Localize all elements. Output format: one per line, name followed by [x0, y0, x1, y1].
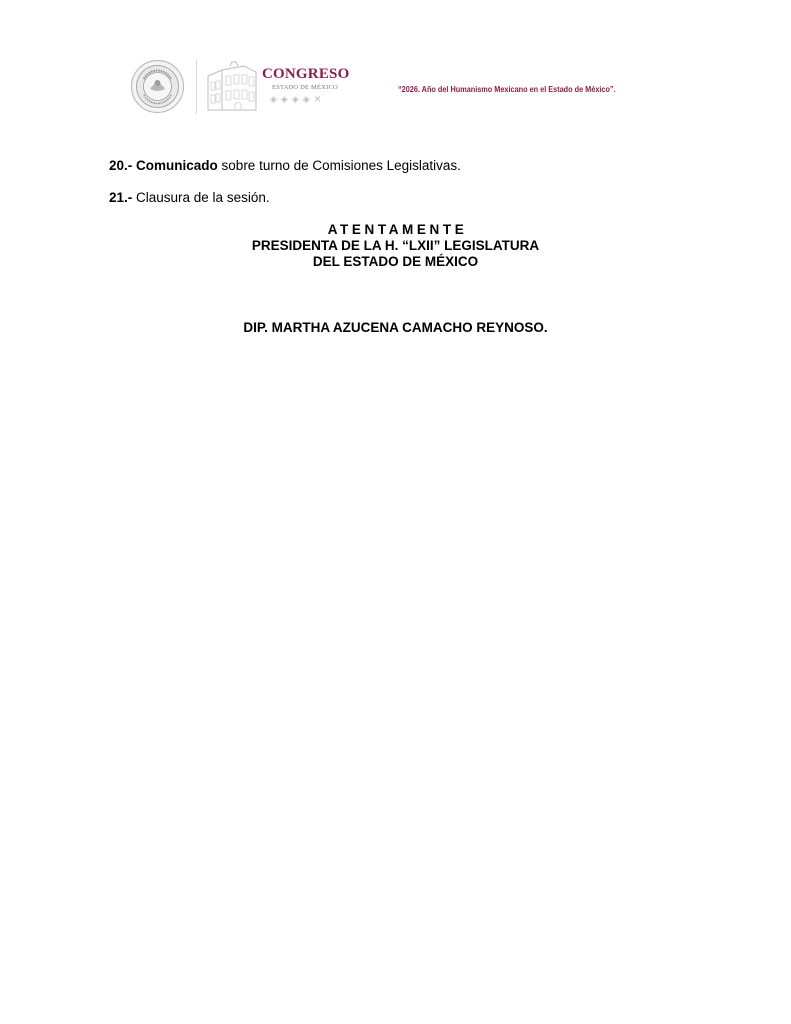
agenda-item-21: 21.- Clausura de la sesión. [109, 190, 270, 205]
signature-role-line-1: PRESIDENTA DE LA H. “LXII” LEGISLATURA [0, 238, 791, 253]
signatory-name: DIP. MARTHA AZUCENA CAMACHO REYNOSO. [0, 320, 791, 335]
document-header: CONGRESO ESTADO DE MÉXICO ◈ ◈ ◈ ◈ ✕ “202… [0, 0, 791, 130]
diamond-glyph-icon: ◈ [303, 94, 310, 104]
institution-name: CONGRESO [262, 66, 349, 83]
diamond-glyph-icon: ◈ [292, 94, 299, 104]
state-seal-icon [130, 59, 185, 114]
agenda-item-number: 20.- [109, 158, 132, 173]
decorative-glyphs: ◈ ◈ ◈ ◈ ✕ [270, 94, 321, 104]
agenda-item-number: 21.- [109, 190, 132, 205]
header-divider [196, 60, 197, 114]
signature-closing: ATENTAMENTE [0, 222, 791, 237]
cross-glyph-icon: ✕ [314, 94, 322, 104]
institution-subtitle: ESTADO DE MÉXICO [272, 84, 338, 91]
agenda-item-text: sobre turno de Comisiones Legislativas. [218, 158, 461, 173]
agenda-item-20: 20.- Comunicado sobre turno de Comisione… [109, 158, 461, 173]
diamond-glyph-icon: ◈ [281, 94, 288, 104]
congress-building-icon [204, 60, 259, 114]
year-slogan: “2026. Año del Humanismo Mexicano en el … [398, 84, 616, 94]
agenda-item-text: Clausura de la sesión. [132, 190, 269, 205]
diamond-glyph-icon: ◈ [270, 94, 277, 104]
signature-role-line-2: DEL ESTADO DE MÉXICO [0, 254, 791, 269]
agenda-item-bold-text: Comunicado [136, 158, 218, 173]
